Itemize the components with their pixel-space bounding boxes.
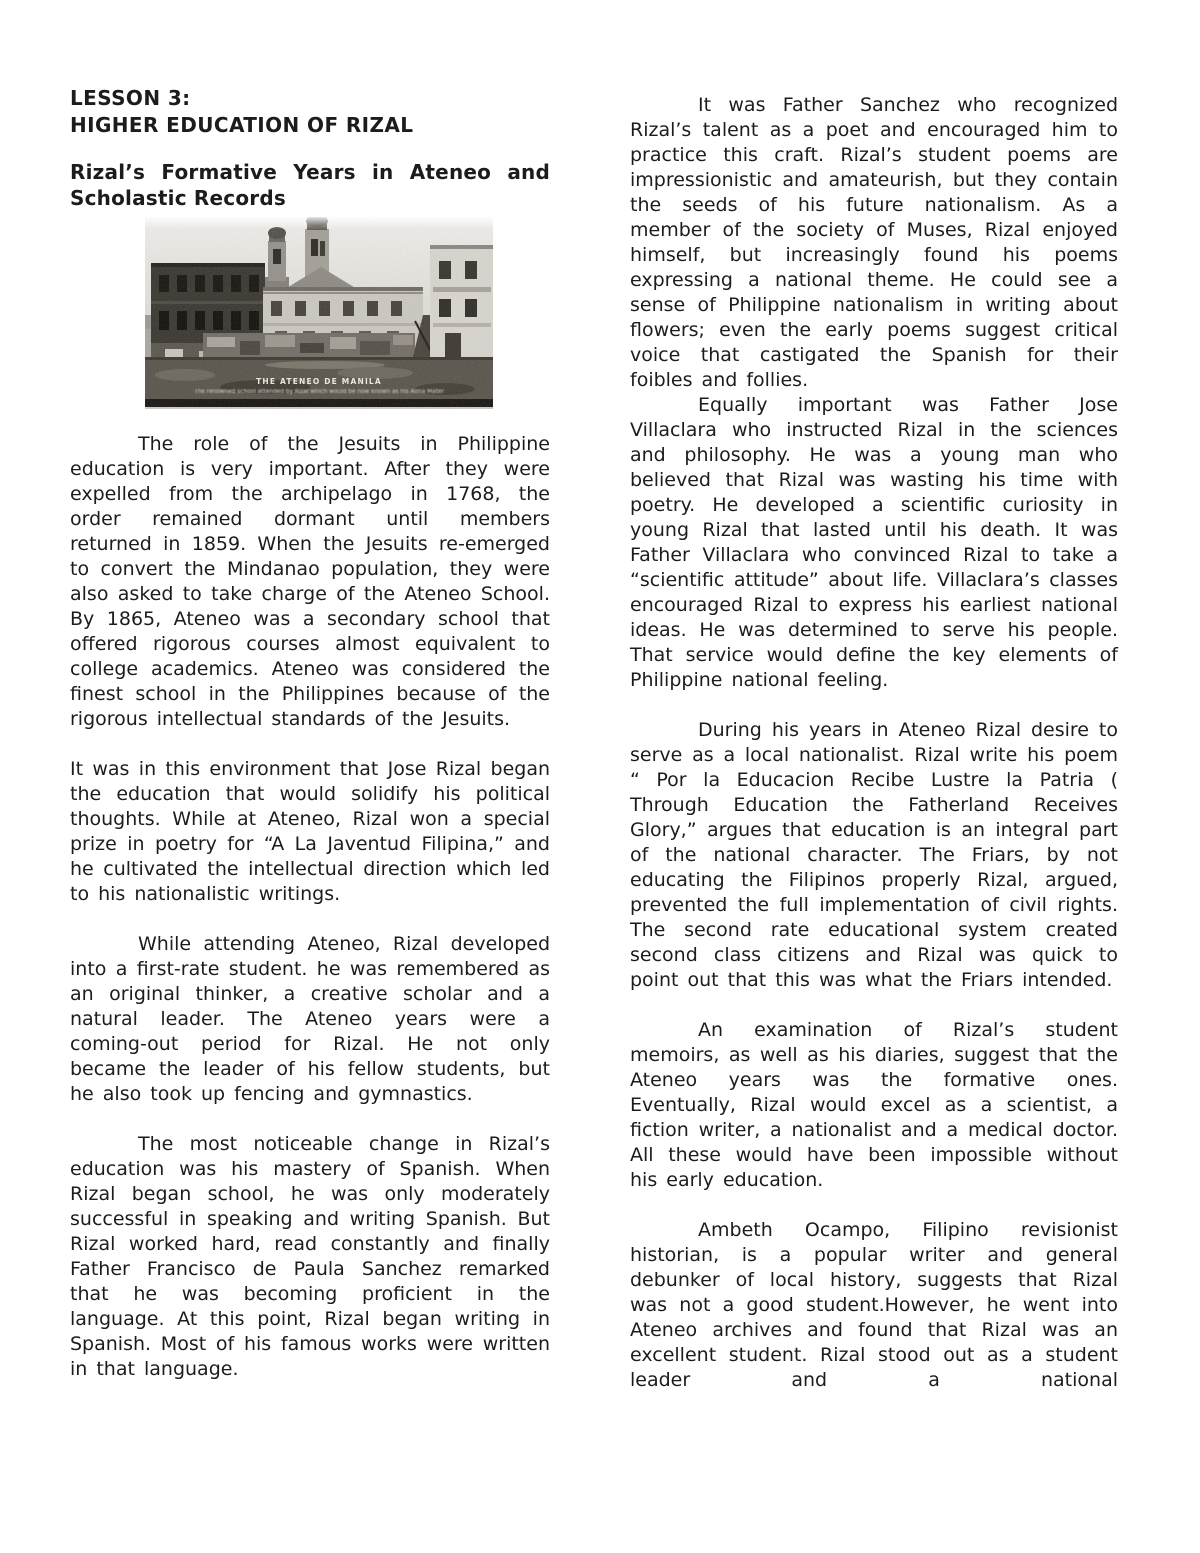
paragraph-father-villaclara: Equally important was Father Jose Villac… xyxy=(630,393,1118,693)
lesson-title: LESSON 3: HIGHER EDUCATION OF RIZAL xyxy=(70,85,550,139)
left-column: LESSON 3: HIGHER EDUCATION OF RIZAL Riza… xyxy=(70,85,550,1418)
paragraph-jesuits-role: The role of the Jesuits in Philippine ed… xyxy=(70,432,550,732)
section-subtitle: Rizal’s Formative Years in Ateneo and Sc… xyxy=(70,159,550,211)
paragraph-ambeth-ocampo: Ambeth Ocampo, Filipino revisionist hist… xyxy=(630,1218,1118,1393)
photo-top-fade xyxy=(145,217,493,229)
paragraph-mastery-of-spanish: The most noticeable change in Rizal’s ed… xyxy=(70,1132,550,1382)
paragraph-ateneo-nationalism: During his years in Ateneo Rizal desire … xyxy=(630,718,1118,993)
lesson-heading: HIGHER EDUCATION OF RIZAL xyxy=(70,112,550,139)
photo-grain-overlay xyxy=(145,217,493,409)
paragraph-environment: It was in this environment that Jose Riz… xyxy=(70,757,550,907)
document-page: LESSON 3: HIGHER EDUCATION OF RIZAL Riza… xyxy=(0,0,1200,1458)
paragraph-father-sanchez: It was Father Sanchez who recognized Riz… xyxy=(630,93,1118,393)
ateneo-de-manila-photo: THE ATENEO DE MANILA The renowned school… xyxy=(145,217,493,409)
right-column: It was Father Sanchez who recognized Riz… xyxy=(630,85,1118,1418)
lesson-number: LESSON 3: xyxy=(70,85,550,112)
paragraph-first-rate-student: While attending Ateneo, Rizal developed … xyxy=(70,932,550,1107)
paragraph-student-memoirs: An examination of Rizal’s student memoir… xyxy=(630,1018,1118,1193)
